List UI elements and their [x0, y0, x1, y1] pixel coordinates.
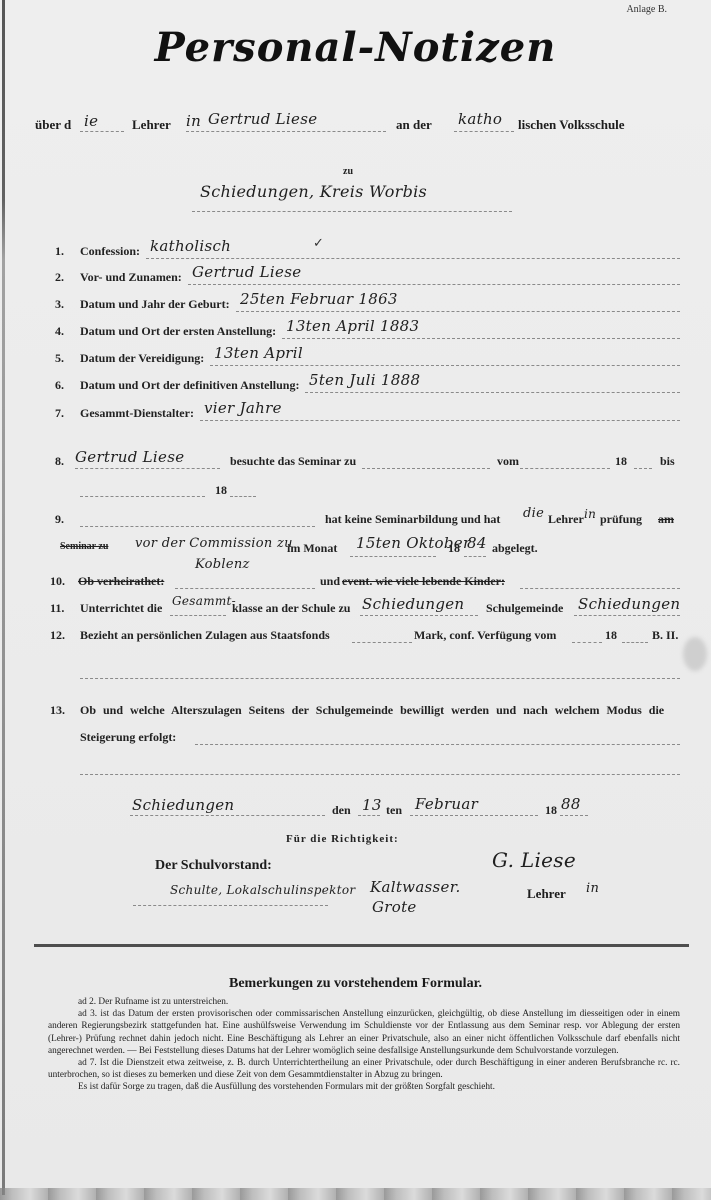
field-label: Datum der Vereidigung: — [80, 351, 204, 366]
signature-kaltwasser-handwritten: Kaltwasser. — [370, 878, 461, 896]
item12-text-d: B. II. — [652, 628, 678, 643]
item9-text-b: Lehrer — [548, 512, 584, 527]
item9-handwritten-b: in — [584, 507, 596, 521]
header-role: Lehrer — [132, 117, 171, 133]
item8-text-b: vom — [497, 454, 519, 469]
item11-school-handwritten: Schiedungen — [362, 595, 464, 613]
teacher-suffix-handwritten: in — [586, 881, 599, 896]
document-title: Personal-Notizen — [0, 24, 711, 71]
teacher-label: Lehrer — [527, 886, 566, 902]
item10-children-line — [520, 588, 680, 589]
remark-paragraph: ad 7. Ist die Dienstzeit etwa zeitweise,… — [48, 1057, 680, 1081]
page-binding-edge — [2, 0, 5, 1195]
item9-struck-a: am — [658, 512, 674, 527]
item10-number: 10. — [50, 574, 65, 589]
remark-paragraph: Es ist dafür Sorge zu tragen, daß die Au… — [48, 1081, 680, 1093]
field-label: Vor- und Zunamen: — [80, 270, 182, 285]
item8-name-line — [75, 468, 220, 469]
header-name-handwritten: Gertrud Liese — [208, 110, 317, 128]
field-number: 1. — [55, 244, 64, 259]
item11-class-line — [170, 615, 226, 616]
field-line — [188, 284, 680, 285]
item12-text-b: Mark, conf. Verfügung vom — [414, 628, 556, 643]
header-denomination-handwritten: katho — [458, 110, 502, 128]
section-divider — [34, 944, 689, 947]
item9-text-f: abgelegt. — [492, 541, 538, 556]
field-value-handwritten: 5ten Juli 1888 — [309, 371, 420, 389]
item9-name-line — [80, 526, 315, 527]
item11-community-line — [574, 615, 680, 616]
field-value-handwritten: katholisch — [150, 237, 231, 255]
item11-number: 11. — [50, 601, 64, 616]
signature-place-line — [130, 815, 325, 816]
item10-married-line — [175, 588, 315, 589]
field-value-handwritten: 13ten April — [214, 344, 303, 362]
item13-number: 13. — [50, 703, 65, 718]
item10-text-a: Ob verheirathet: — [78, 574, 164, 589]
item9-text-c: prüfung — [600, 512, 642, 527]
field-number: 2. — [55, 270, 64, 285]
item9-handwritten-year: 84 — [467, 534, 487, 552]
signature-day-handwritten: 13 — [362, 796, 382, 814]
item8-text-e: 18 — [215, 483, 227, 498]
certified-label: Für die Richtigkeit: — [286, 833, 399, 845]
item13-extra-line — [80, 774, 680, 775]
item8-number: 8. — [55, 454, 64, 469]
field-number: 4. — [55, 324, 64, 339]
school-board-label: Der Schulvorstand: — [155, 858, 272, 874]
item12-amount-line — [352, 642, 412, 643]
field-value-handwritten: vier Jahre — [204, 399, 282, 417]
item11-text-b: klasse an der Schule zu — [232, 601, 350, 616]
item9-month-line — [350, 556, 436, 557]
item9-handwritten-d: Koblenz — [195, 557, 250, 572]
item8-seminar-line — [362, 468, 490, 469]
signature-year-prefix: 18 — [545, 803, 557, 818]
signature-year-handwritten: 88 — [561, 795, 581, 813]
item9-number: 9. — [55, 512, 64, 527]
school-place-handwritten: Schiedungen, Kreis Worbis — [200, 182, 427, 201]
field-value-handwritten: 25ten Februar 1863 — [240, 290, 398, 308]
field-line — [305, 392, 680, 393]
signature-day-line — [358, 815, 380, 816]
signature-schulte-handwritten: Schulte, Lokalschulinspektor — [170, 883, 355, 897]
signature-month-line — [410, 815, 538, 816]
item9-handwritten-c: vor der Commission zu — [135, 536, 293, 551]
field-line — [210, 365, 680, 366]
item12-extra-line — [80, 678, 680, 679]
remark-paragraph: ad 2. Der Rufname ist zu unterstreichen. — [48, 996, 680, 1008]
header-at-the: an der — [396, 117, 432, 133]
item10-struck-children: event. wie viele lebende Kinder: — [342, 574, 505, 589]
field-number: 5. — [55, 351, 64, 366]
item9-year-line — [464, 556, 486, 557]
item12-year-line — [622, 642, 648, 643]
field-line — [200, 420, 680, 421]
field-label: Confession: — [80, 244, 140, 259]
header-prefix: über d — [35, 117, 71, 133]
remark-paragraph: ad 3. ist das Datum der ersten provisori… — [48, 1008, 680, 1057]
item11-text-c: Schulgemeinde — [486, 601, 563, 616]
item11-community-handwritten: Schiedungen — [578, 595, 680, 613]
field-label: Datum und Ort der definitiven Anstellung… — [80, 378, 299, 393]
item12-date-line — [572, 642, 602, 643]
item10-text-b: und — [320, 574, 340, 589]
header-school-suffix: lischen Volksschule — [518, 117, 625, 133]
field-line — [146, 258, 680, 259]
header-article-handwritten: ie — [84, 112, 98, 130]
item11-class-handwritten: Gesammt- — [172, 594, 236, 608]
signature-place-handwritten: Schiedungen — [132, 796, 234, 814]
item13-text-a: Ob und welche Alterszulagen Seitens der … — [80, 703, 664, 718]
item8-until-year-line — [230, 496, 256, 497]
signature-board-line — [133, 905, 328, 906]
header-role-suffix-handwritten: in — [186, 112, 201, 130]
item12-text-c: 18 — [605, 628, 617, 643]
school-place-line — [192, 211, 512, 212]
item12-text-a: Bezieht an persönlichen Zulagen aus Staa… — [80, 628, 330, 643]
item9-struck-b: Seminar zu — [60, 541, 108, 552]
item13-answer-line — [195, 744, 680, 745]
signature-year-line — [560, 815, 588, 816]
remarks-body: ad 2. Der Rufname ist zu unterstreichen.… — [48, 996, 680, 1094]
page-bottom-edge — [0, 1188, 711, 1200]
item11-text-a: Unterrichtet die — [80, 601, 162, 616]
field-label: Datum und Ort der ersten Anstellung: — [80, 324, 276, 339]
item8-from-line — [520, 468, 610, 469]
item13-text-b: Steigerung erfolgt: — [80, 730, 176, 745]
zu-label: zu — [343, 166, 353, 177]
field-line — [236, 311, 680, 312]
item8-name-handwritten: Gertrud Liese — [75, 448, 184, 466]
field-value-handwritten: Gertrud Liese — [192, 263, 301, 281]
field-value-handwritten: 13ten April 1883 — [286, 317, 419, 335]
item8-from-year-line — [634, 468, 652, 469]
name-line — [186, 131, 386, 132]
annex-label: Anlage B. — [626, 4, 667, 15]
field-label: Gesammt-Dienstalter: — [80, 406, 194, 421]
item8-until-line — [80, 496, 205, 497]
item8-text-c: 18 — [615, 454, 627, 469]
item10-struck-married: Ob verheirathet: — [78, 574, 164, 588]
signature-month-handwritten: Februar — [415, 795, 478, 813]
item8-text-d: bis — [660, 454, 675, 469]
item12-number: 12. — [50, 628, 65, 643]
item9-text-a: hat keine Seminarbildung und hat — [325, 512, 500, 527]
item8-text-a: besuchte das Seminar zu — [230, 454, 356, 469]
denomination-line — [454, 131, 514, 132]
item9-text-e: 18 — [448, 541, 460, 556]
item9-handwritten-a: die — [523, 506, 544, 521]
remarks-title: Bemerkungen zu vorstehendem Formular. — [0, 976, 711, 992]
field-label: Datum und Jahr der Geburt: — [80, 297, 230, 312]
field-line — [282, 338, 680, 339]
field-number: 6. — [55, 378, 64, 393]
field-number: 7. — [55, 406, 64, 421]
signature-ten: ten — [386, 803, 402, 818]
signature-liese-handwritten: G. Liese — [492, 848, 576, 872]
checkmark: ✓ — [313, 236, 324, 251]
item11-school-line — [360, 615, 478, 616]
article-line — [80, 131, 124, 132]
signature-grote-handwritten: Grote — [372, 898, 417, 916]
stamp-mark — [683, 637, 707, 671]
field-number: 3. — [55, 297, 64, 312]
document-page: Anlage B. Personal-Notizen über d ie Leh… — [0, 0, 711, 1200]
signature-den: den — [332, 803, 351, 818]
item9-text-d: im Monat — [287, 541, 337, 556]
